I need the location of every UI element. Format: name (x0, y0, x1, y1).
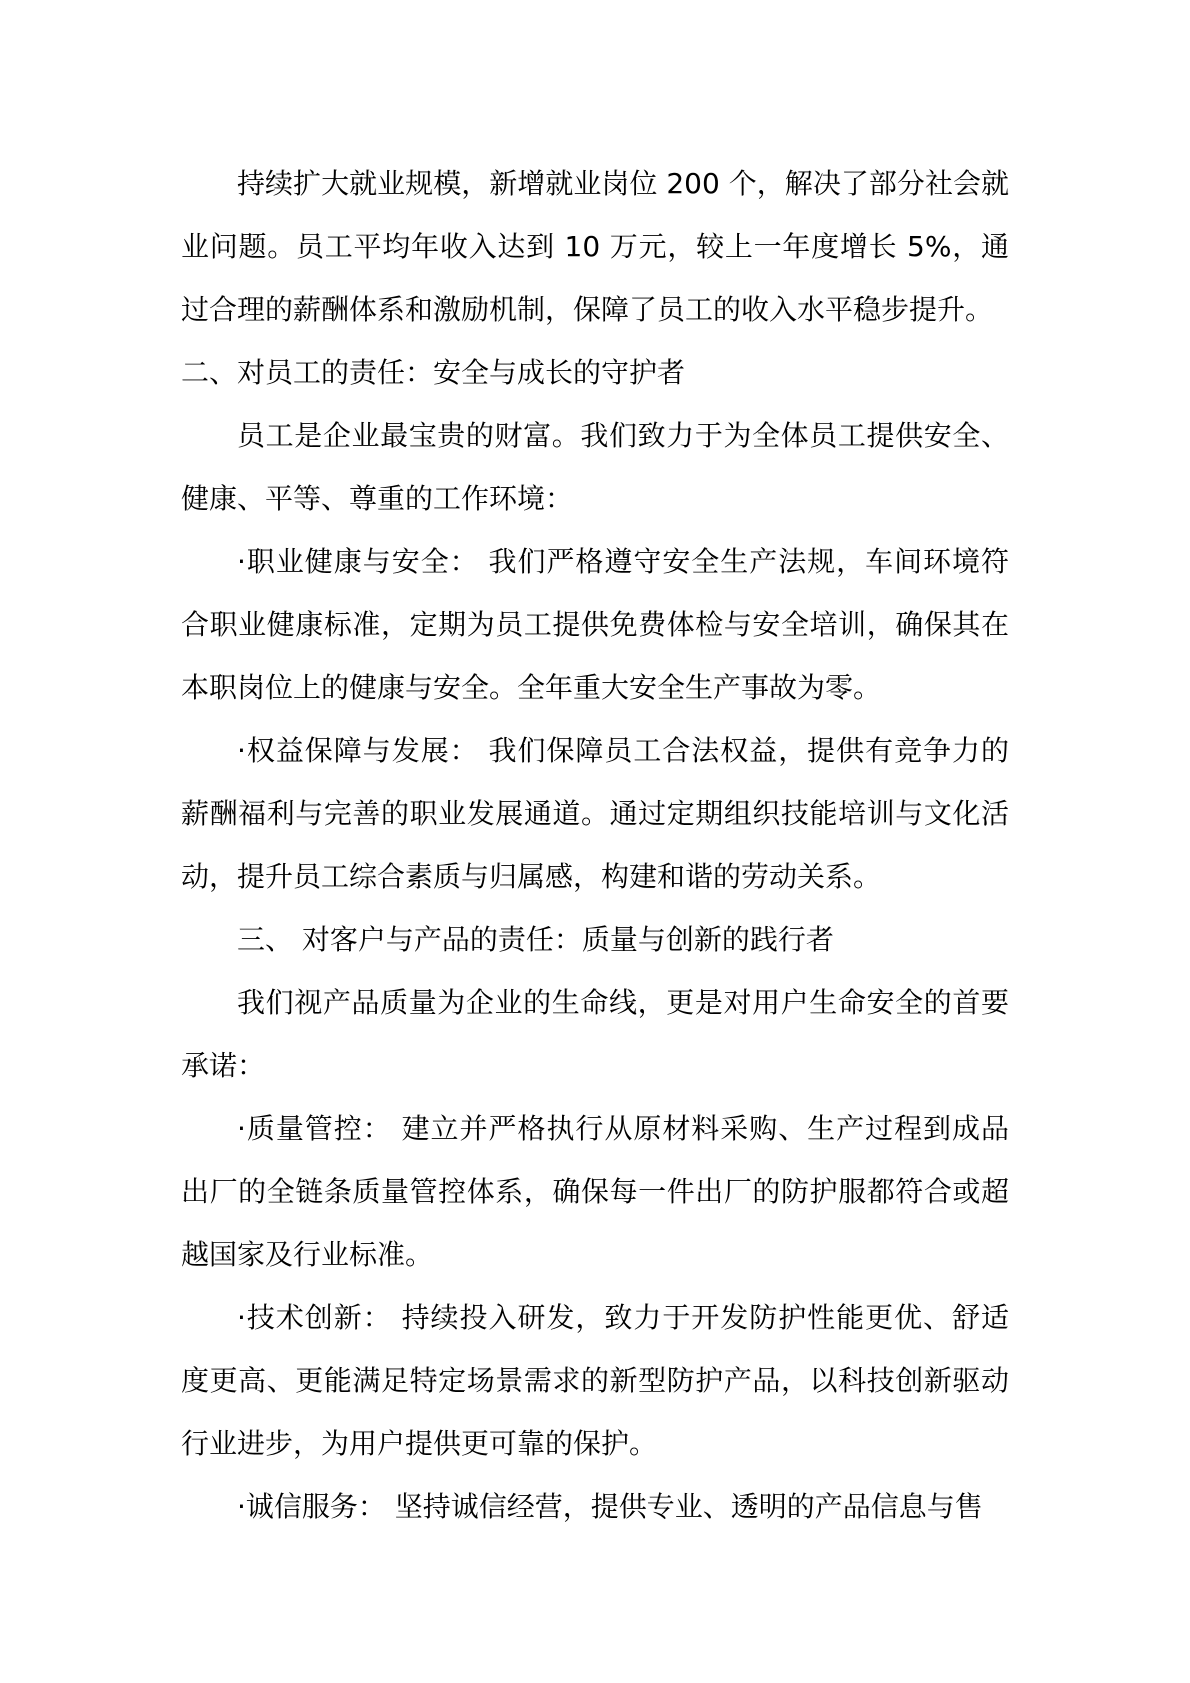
heading-section-two-employees: 二、对员工的责任：安全与成长的守护者 (181, 341, 1009, 404)
bullet-technical-innovation: ·技术创新： 持续投入研发，致力于开发防护性能更优、舒适度更高、更能满足特定场景… (181, 1286, 1009, 1475)
paragraph-employee-value-intro: 员工是企业最宝贵的财富。我们致力于为全体员工提供安全、健康、平等、尊重的工作环境… (181, 404, 1009, 530)
document-page: 持续扩大就业规模，新增就业岗位 200 个，解决了部分社会就业问题。员工平均年收… (0, 0, 1190, 1683)
bullet-rights-protection-development: ·权益保障与发展： 我们保障员工合法权益，提供有竞争力的薪酬福利与完善的职业发展… (181, 719, 1009, 908)
heading-section-three-customers-products: 三、 对客户与产品的责任：质量与创新的践行者 (181, 908, 1009, 971)
paragraph-product-quality-intro: 我们视产品质量为企业的生命线，更是对用户生命安全的首要承诺： (181, 971, 1009, 1097)
bullet-integrity-service: ·诚信服务： 坚持诚信经营，提供专业、透明的产品信息与售 (181, 1475, 1009, 1538)
bullet-occupational-health-safety: ·职业健康与安全： 我们严格遵守安全生产法规，车间环境符合职业健康标准，定期为员… (181, 530, 1009, 719)
bullet-quality-control: ·质量管控： 建立并严格执行从原材料采购、生产过程到成品出厂的全链条质量管控体系… (181, 1097, 1009, 1286)
paragraph-employment-growth: 持续扩大就业规模，新增就业岗位 200 个，解决了部分社会就业问题。员工平均年收… (181, 152, 1009, 341)
